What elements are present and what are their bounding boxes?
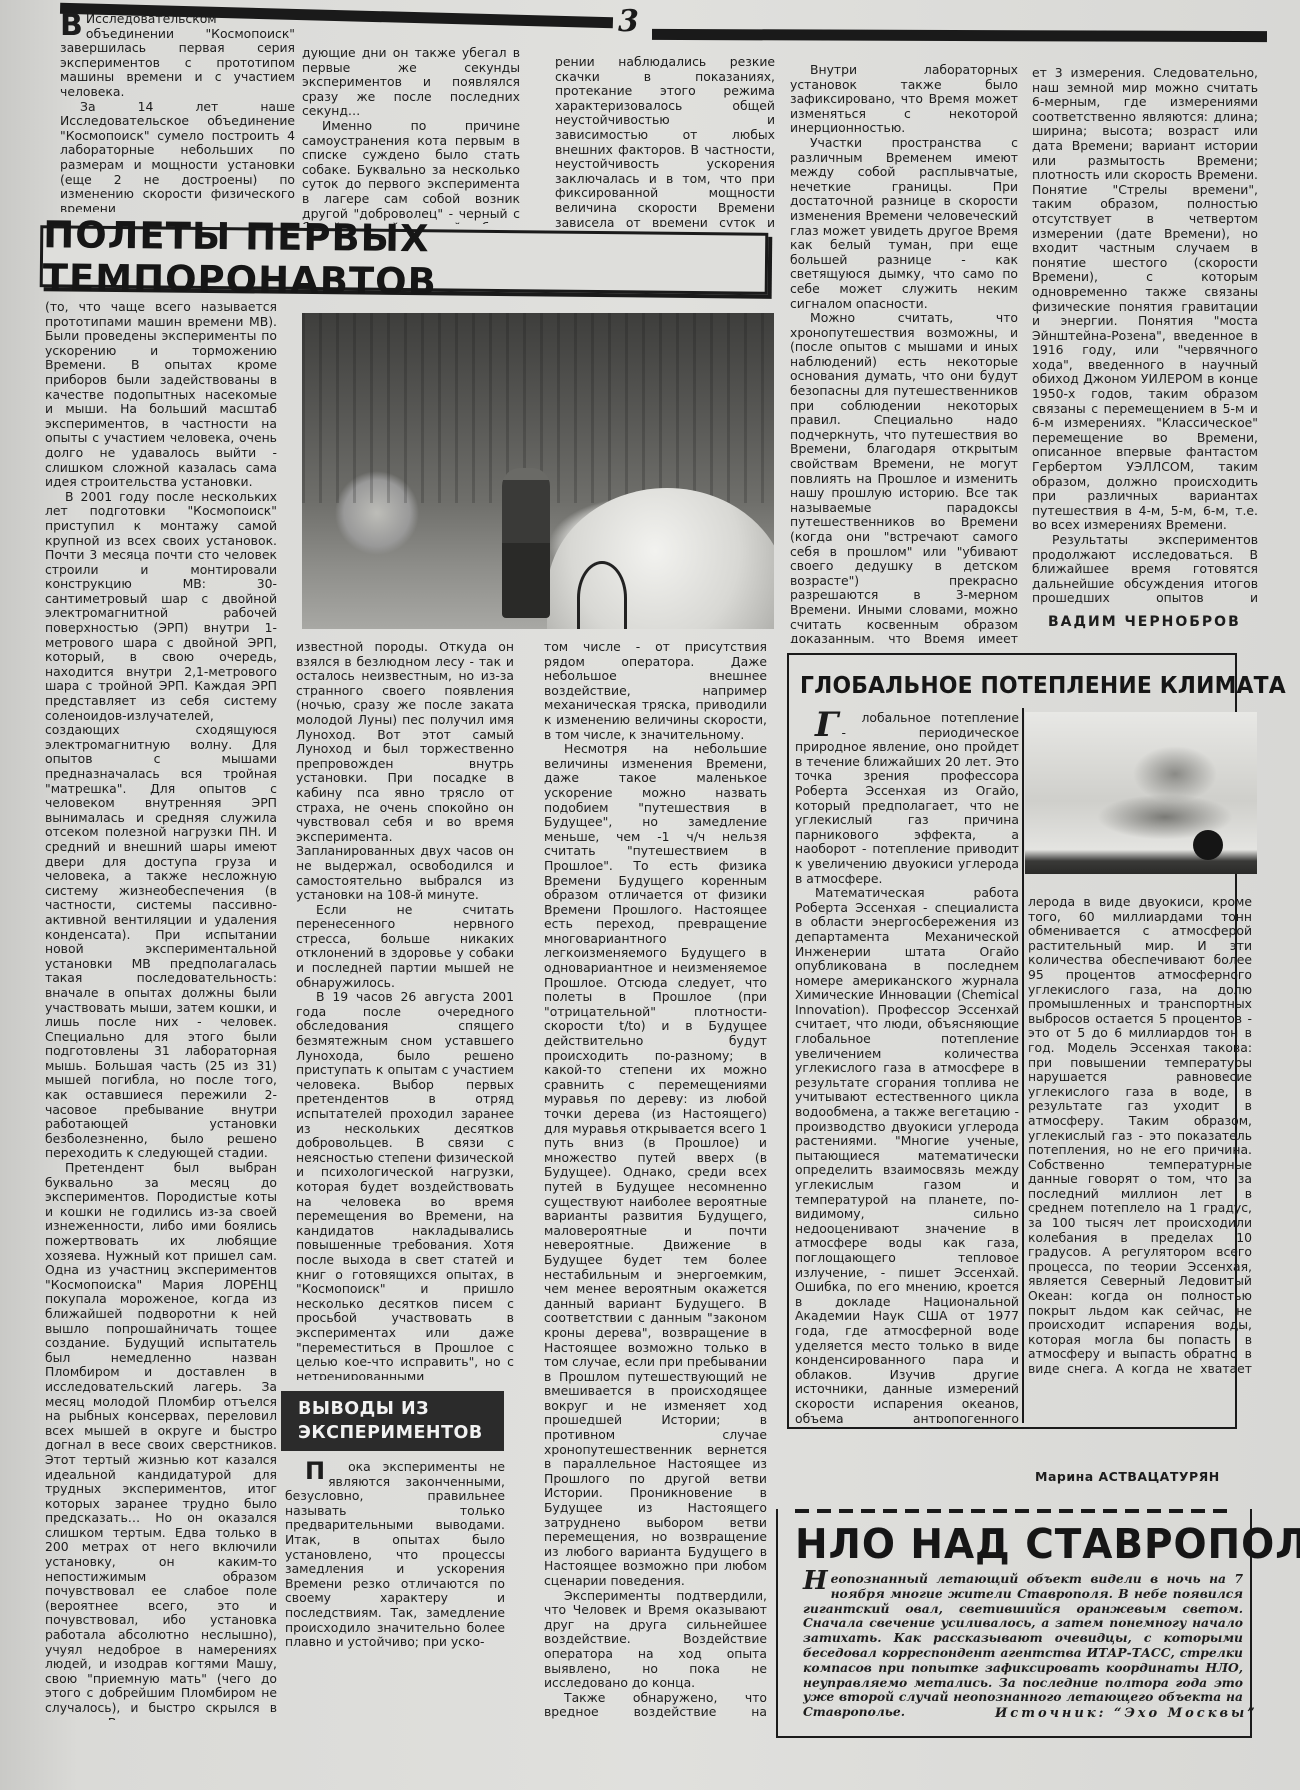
climate-column-left: Глобальное потепление - периодическое пр…: [795, 711, 1019, 1423]
article-paragraph: Претендент был выбран буквально за месяц…: [45, 1161, 277, 1720]
newspaper-page: 3 ВИсследовательском объединении "Космоп…: [0, 0, 1300, 1790]
intro-paragraph: За 14 лет наше Исследовательское объедин…: [60, 100, 295, 212]
intro-paragraph: Исследовательском объединении "Космопоис…: [60, 12, 295, 99]
article-paragraph: В 19 часов 26 августа 2001 года после оч…: [296, 990, 514, 1380]
conclusions-subheadline: ВЫВОДЫ ИЗ ЭКСПЕРИМЕНТОВ: [281, 1391, 504, 1451]
ufo-body: Неопознанный летающий объект видели в но…: [803, 1572, 1243, 1720]
article-paragraph: известной породы. Откуда он взялся в без…: [296, 640, 514, 903]
article-paragraph: Эксперименты подтвердили, что Человек и …: [544, 1589, 767, 1691]
intro-paragraph: Именно по причине самоустранения кота пе…: [302, 119, 520, 224]
conclusions-paragraph: ока эксперименты не являются законченным…: [285, 1460, 505, 1649]
ufo-source: Источник: “Эхо Москвы”: [995, 1706, 1258, 1721]
dropcap-g: Г: [795, 711, 838, 739]
article-column-right: том числе - от присутствия рядом операто…: [544, 640, 767, 1720]
intro-column-3: рении наблюдались резкие скачки в показа…: [555, 55, 775, 227]
dropcap-v: В: [60, 13, 83, 39]
conclusions-column: Пока эксперименты не являются законченны…: [285, 1460, 505, 1730]
article-paragraph: Результаты экспериментов продолжают иссл…: [1032, 533, 1258, 606]
page-number: 3: [618, 4, 639, 39]
top-rule-right: [652, 29, 1267, 42]
forest-photo: [302, 313, 774, 629]
article-paragraph: Участки пространства с различным Времене…: [790, 136, 1018, 311]
subheadline-line-1: ВЫВОДЫ ИЗ: [298, 1397, 504, 1421]
article-paragraph: (то, что чаще всего называется прототипа…: [45, 300, 277, 490]
photo-tree-silhouette: [1193, 830, 1223, 860]
intro-column-2: дующие дни он также убегал в первые же с…: [302, 46, 520, 224]
dropcap-n: Н: [803, 1572, 828, 1590]
intro-column-1: ВИсследовательском объединении "Космопои…: [60, 12, 295, 212]
byline-chernobrov: ВАДИМ ЧЕРНОБРОВ: [1048, 614, 1241, 630]
ufo-headline: НЛО НАД СТАВРОПОЛЬЕМ: [795, 1520, 1232, 1568]
article-column-left: (то, что чаще всего называется прототипа…: [45, 300, 277, 1720]
climate-headline: ГЛОБАЛЬНОЕ ПОТЕПЛЕНИЕ КЛИМАТА: [800, 671, 1214, 699]
article-paragraph: Внутри лабораторных установок также было…: [790, 63, 1018, 136]
photo-hatch: [577, 561, 627, 629]
intro-paragraph: дующие дни он также убегал в первые же с…: [302, 46, 520, 119]
article-paragraph: В 2001 году после нескольких лет подгото…: [45, 490, 277, 1161]
storm-cloud-photo: [1025, 712, 1257, 874]
ufo-paragraph: еопознанный летающий объект видели в ноч…: [803, 1571, 1243, 1719]
byline-astvatsaturyan: Марина АСТВАЦАТУРЯН: [1035, 1469, 1220, 1484]
subheadline-line-2: ЭКСПЕРИМЕНТОВ: [298, 1421, 504, 1445]
dropcap-p: П: [285, 1461, 325, 1481]
main-headline: ПОЛЕТЫ ПЕРВЫХ ТЕМПОРОНАВТОВ: [43, 213, 766, 307]
article-paragraph: Также обнаружено, что вредное воздействи…: [544, 1691, 767, 1720]
climate-column-divider: [1022, 708, 1024, 1423]
article-column-middle: известной породы. Откуда он взялся в без…: [296, 640, 514, 1380]
article-paragraph: Можно считать, что хронопутешествия возм…: [790, 311, 1018, 643]
article-column-far-right-b: ет 3 измерения. Следовательно, наш земно…: [1032, 66, 1258, 606]
article-paragraph: том числе - от присутствия рядом операто…: [544, 640, 767, 742]
article-column-far-right-a: Внутри лабораторных установок также было…: [790, 63, 1018, 643]
article-paragraph: Несмотря на небольшие величины изменения…: [544, 742, 767, 1588]
photo-person: [502, 468, 550, 618]
climate-paragraph: лерода в виде двуокиси, кроме того, 60 м…: [1028, 895, 1252, 1375]
climate-paragraph: Математическая работа Роберта Эссенхая -…: [795, 886, 1019, 1423]
main-headline-box: ПОЛЕТЫ ПЕРВЫХ ТЕМПОРОНАВТОВ: [40, 225, 769, 295]
article-paragraph: ет 3 измерения. Следовательно, наш земно…: [1032, 66, 1258, 533]
climate-column-right: лерода в виде двуокиси, кроме того, 60 м…: [1028, 895, 1252, 1375]
article-paragraph: Если не считать перенесенного нервного с…: [296, 903, 514, 991]
intro-paragraph: рении наблюдались резкие скачки в показа…: [555, 55, 775, 227]
